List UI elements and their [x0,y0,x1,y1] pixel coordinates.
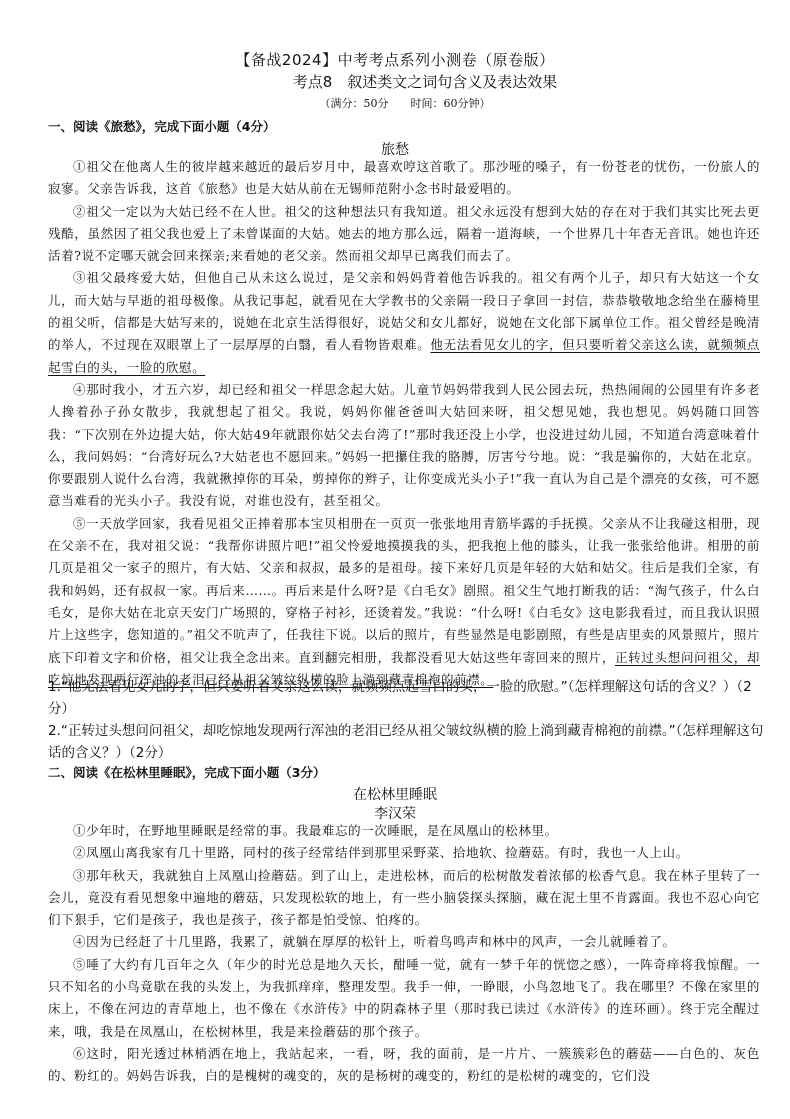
part2-article-body: ①少年时，在野地里睡眠是经常的事。我最难忘的一次睡眠，是在凤凰山的松林里。 ②凤… [48,820,760,1088]
paragraph: ④因为已经赶了十几里路，我累了，就躺在厚厚的松针上，听着鸟鸣声和林中的风声，一会… [48,931,760,953]
paragraph: ⑥这时，阳光透过林梢洒在地上，我站起来，一看，呀，我的面前，是一片片、一簇簇彩色… [48,1043,760,1088]
paragraph: ③那年秋天，我就独自上凤凰山捡蘑菇。到了山上，走进松林，而后的松树散发着浓郁的松… [48,865,760,932]
document-subtitle: 考点8 叙述类文之词句含义及表达效果 [0,71,790,92]
exam-meta: （满分：50分 时间：60分钟） [0,95,790,111]
paragraph: ①少年时，在野地里睡眠是经常的事。我最难忘的一次睡眠，是在凤凰山的松林里。 [48,820,760,842]
question-2: 2.“正转过头想问问祖父，却吃惊地发现两行浑浊的老泪已经从祖父皱纹纵横的脸上淌到… [48,720,768,764]
paragraph: ②祖父一定以为大姑已经不在人世。祖父的这种想法只有我知道。祖父永远没有想到大姑的… [48,201,760,268]
paragraph: ⑤一天放学回家，我看见祖父正捧着那本宝贝相册在一页页一张张地用青筋毕露的手抚摸。… [48,513,760,691]
part1-heading: 一、阅读《旅愁》，完成下面小题（4分） [48,117,275,135]
paragraph: ①祖父在他离人生的彼岸越来越近的最后岁月中，最喜欢哼这首歌了。那沙哑的嗓子，有一… [48,156,760,201]
paragraph: ⑤唾了大约有几百年之久（年少的时光总是地久天长，酣唾一觉，就有一梦千年的恍惚之感… [48,954,760,1043]
paragraph-text: ⑤一天放学回家，我看见祖父正捧着那本宝贝相册在一页页一张张地用青筋毕露的手抚摸。… [48,516,760,665]
paragraph: ③祖父最疼爱大姑，但他自己从未这么说过，是父亲和妈妈背着他告诉我的。祖父有两个儿… [48,267,760,378]
document-page: 【备战2024】中考考点系列小测卷（原卷版） 考点8 叙述类文之词句含义及表达效… [0,0,790,1119]
part1-article-body: ①祖父在他离人生的彼岸越来越近的最后岁月中，最喜欢哼这首歌了。那沙哑的嗓子，有一… [48,156,760,691]
part2-article-title: 在松林里睡眠 [0,784,790,804]
paragraph: ④那时我小，才五六岁，却已经和祖父一样思念起大姑。儿童节妈妈带我到人民公园去玩，… [48,379,760,513]
part1-questions: 1.“他无法看见女儿的字，但只要听着父亲这么读，就频频点起雪白的头，一脸的欣慰。… [48,676,768,764]
paragraph: ②凤凰山离我家有几十里路，同村的孩子经常结伴到那里采野菜、拾地软、捡蘑菇。有时，… [48,842,760,864]
question-1: 1.“他无法看见女儿的字，但只要听着父亲这么读，就频频点起雪白的头，一脸的欣慰。… [48,676,768,720]
document-title: 【备战2024】中考考点系列小测卷（原卷版） [0,49,790,70]
part2-heading: 二、阅读《在松林里睡眠》，完成下面小题（3分） [48,763,325,781]
